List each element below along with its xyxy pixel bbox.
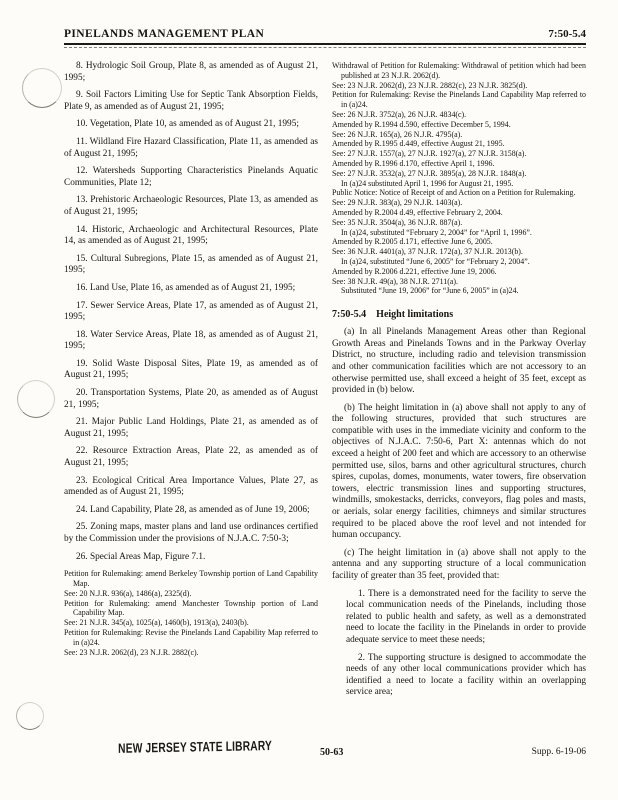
citation-line: Amended by R.1996 d.170, effective April… <box>332 159 586 169</box>
sub-item-1: 1. There is a demonstrated need for the … <box>346 589 586 647</box>
paragraph-a: (a) In all Pinelands Management Areas ot… <box>332 327 586 397</box>
list-item: 12. Watersheds Supporting Characteristic… <box>64 166 318 189</box>
citation-line: Petition for Rulemaking: Revise the Pine… <box>332 90 586 110</box>
page-number: 50-63 <box>320 747 343 758</box>
citation-line: Amended by R.2005 d.171, effective June … <box>332 237 586 247</box>
section-heading: 7:50-5.4Height limitations <box>332 309 586 320</box>
citation-line: See: 36 N.J.R. 4401(a), 37 N.J.R. 172(a)… <box>332 247 586 257</box>
two-column-body: 8. Hydrologic Soil Group, Plate 8, as am… <box>64 61 586 705</box>
citation-line: See: 29 N.J.R. 383(a), 29 N.J.R. 1403(a)… <box>332 198 586 208</box>
list-item: 19. Solid Waste Disposal Sites, Plate 19… <box>64 359 318 382</box>
list-item: 13. Prehistoric Archaeologic Resources, … <box>64 195 318 218</box>
list-item: 20. Transportation Systems, Plate 20, as… <box>64 388 318 411</box>
list-item: 26. Special Areas Map, Figure 7.1. <box>64 552 318 564</box>
citation-line: See: 35 N.J.R. 3504(a), 36 N.J.R. 887(a)… <box>332 218 586 228</box>
list-item: 16. Land Use, Plate 16, as amended as of… <box>64 283 318 295</box>
header-section-ref: 7:50-5.4 <box>548 28 586 40</box>
citation-line: See: 23 N.J.R. 2062(d), 23 N.J.R. 2882(c… <box>332 81 586 91</box>
citation-line: See: 27 N.J.R. 1557(a), 27 N.J.R. 1927(a… <box>332 149 586 159</box>
punch-hole <box>22 68 62 108</box>
list-item: 14. Historic, Archaeologic and Architect… <box>64 225 318 248</box>
list-item: 8. Hydrologic Soil Group, Plate 8, as am… <box>64 61 318 84</box>
list-item: 22. Resource Extraction Areas, Plate 22,… <box>64 446 318 469</box>
citation-line: In (a)24, substituted “February 2, 2004”… <box>332 228 586 238</box>
petition-note: Petition for Rulemaking: Revise the Pine… <box>64 628 318 648</box>
citation-history: Withdrawal of Petition for Rulemaking: W… <box>332 61 586 296</box>
section-number: 7:50-5.4 <box>332 309 366 320</box>
list-item: 18. Water Service Areas, Plate 18, as am… <box>64 330 318 353</box>
citation-line: See: 38 N.J.R. 49(a), 38 N.J.R. 2711(a). <box>332 277 586 287</box>
list-item: 9. Soil Factors Limiting Use for Septic … <box>64 90 318 113</box>
punch-hole <box>16 702 44 730</box>
left-column: 8. Hydrologic Soil Group, Plate 8, as am… <box>64 61 318 705</box>
header-title: PINELANDS MANAGEMENT PLAN <box>64 28 264 40</box>
running-header: PINELANDS MANAGEMENT PLAN 7:50-5.4 <box>64 28 586 40</box>
citation-line: Substituted “June 19, 2006” for “June 6,… <box>332 286 586 296</box>
petition-note: See: 23 N.J.R. 2062(d), 23 N.J.R. 2882(c… <box>64 648 318 658</box>
citation-line: Amended by R.1995 d.449, effective Augus… <box>332 139 586 149</box>
citation-line: See: 27 N.J.R. 3532(a), 27 N.J.R. 3895(a… <box>332 169 586 179</box>
list-item: 10. Vegetation, Plate 10, as amended as … <box>64 119 318 131</box>
citation-line: Amended by R.2004 d.49, effective Februa… <box>332 208 586 218</box>
petition-note: See: 21 N.J.R. 345(a), 1025(a), 1460(b),… <box>64 618 318 628</box>
supplement-date: Supp. 6-19-06 <box>532 747 586 757</box>
list-item: 17. Sewer Service Areas, Plate 17, as am… <box>64 301 318 324</box>
citation-line: Public Notice: Notice of Receipt of and … <box>332 188 586 198</box>
petition-note: See: 20 N.J.R. 936(a), 1486(a), 2325(d). <box>64 589 318 599</box>
document-page: PINELANDS MANAGEMENT PLAN 7:50-5.4 8. Hy… <box>0 0 618 800</box>
citation-line: Amended by R.2006 d.221, effective June … <box>332 267 586 277</box>
punch-hole <box>17 380 55 418</box>
petition-note: Petition for Rulemaking: amend Berkeley … <box>64 569 318 589</box>
header-rule-thin <box>64 47 586 48</box>
sub-item-2: 2. The supporting structure is designed … <box>346 653 586 699</box>
list-item: 24. Land Capability, Plate 28, as amende… <box>64 505 318 517</box>
list-item: 21. Major Public Land Holdings, Plate 21… <box>64 417 318 440</box>
list-item: 25. Zoning maps, master plans and land u… <box>64 522 318 545</box>
citation-line: In (a)24 substituted April 1, 1996 for A… <box>332 179 586 189</box>
paragraph-b: (b) The height limitation in (a) above s… <box>332 403 586 542</box>
paragraph-c: (c) The height limitation in (a) above s… <box>332 548 586 583</box>
citation-line: See: 26 N.J.R. 165(a), 26 N.J.R. 4795(a)… <box>332 130 586 140</box>
citation-line: See: 26 N.J.R. 3752(a), 26 N.J.R. 4834(c… <box>332 110 586 120</box>
citation-line: Amended by R.1994 d.590, effective Decem… <box>332 120 586 130</box>
right-column: Withdrawal of Petition for Rulemaking: W… <box>332 61 586 705</box>
header-rule-thick <box>64 43 586 45</box>
library-stamp: NEW JERSEY STATE LIBRARY <box>118 738 272 756</box>
page-content: PINELANDS MANAGEMENT PLAN 7:50-5.4 8. Hy… <box>64 28 586 705</box>
section-title: Height limitations <box>376 309 453 320</box>
list-item: 11. Wildland Fire Hazard Classification,… <box>64 137 318 160</box>
petition-notes: Petition for Rulemaking: amend Berkeley … <box>64 569 318 657</box>
list-item: 15. Cultural Subregions, Plate 15, as am… <box>64 254 318 277</box>
petition-note: Petition for Rulemaking: amend Mancheste… <box>64 599 318 619</box>
citation-line: Withdrawal of Petition for Rulemaking: W… <box>332 61 586 81</box>
list-item: 23. Ecological Critical Area Importance … <box>64 476 318 499</box>
citation-line: In (a)24, substituted “June 6, 2005” for… <box>332 257 586 267</box>
